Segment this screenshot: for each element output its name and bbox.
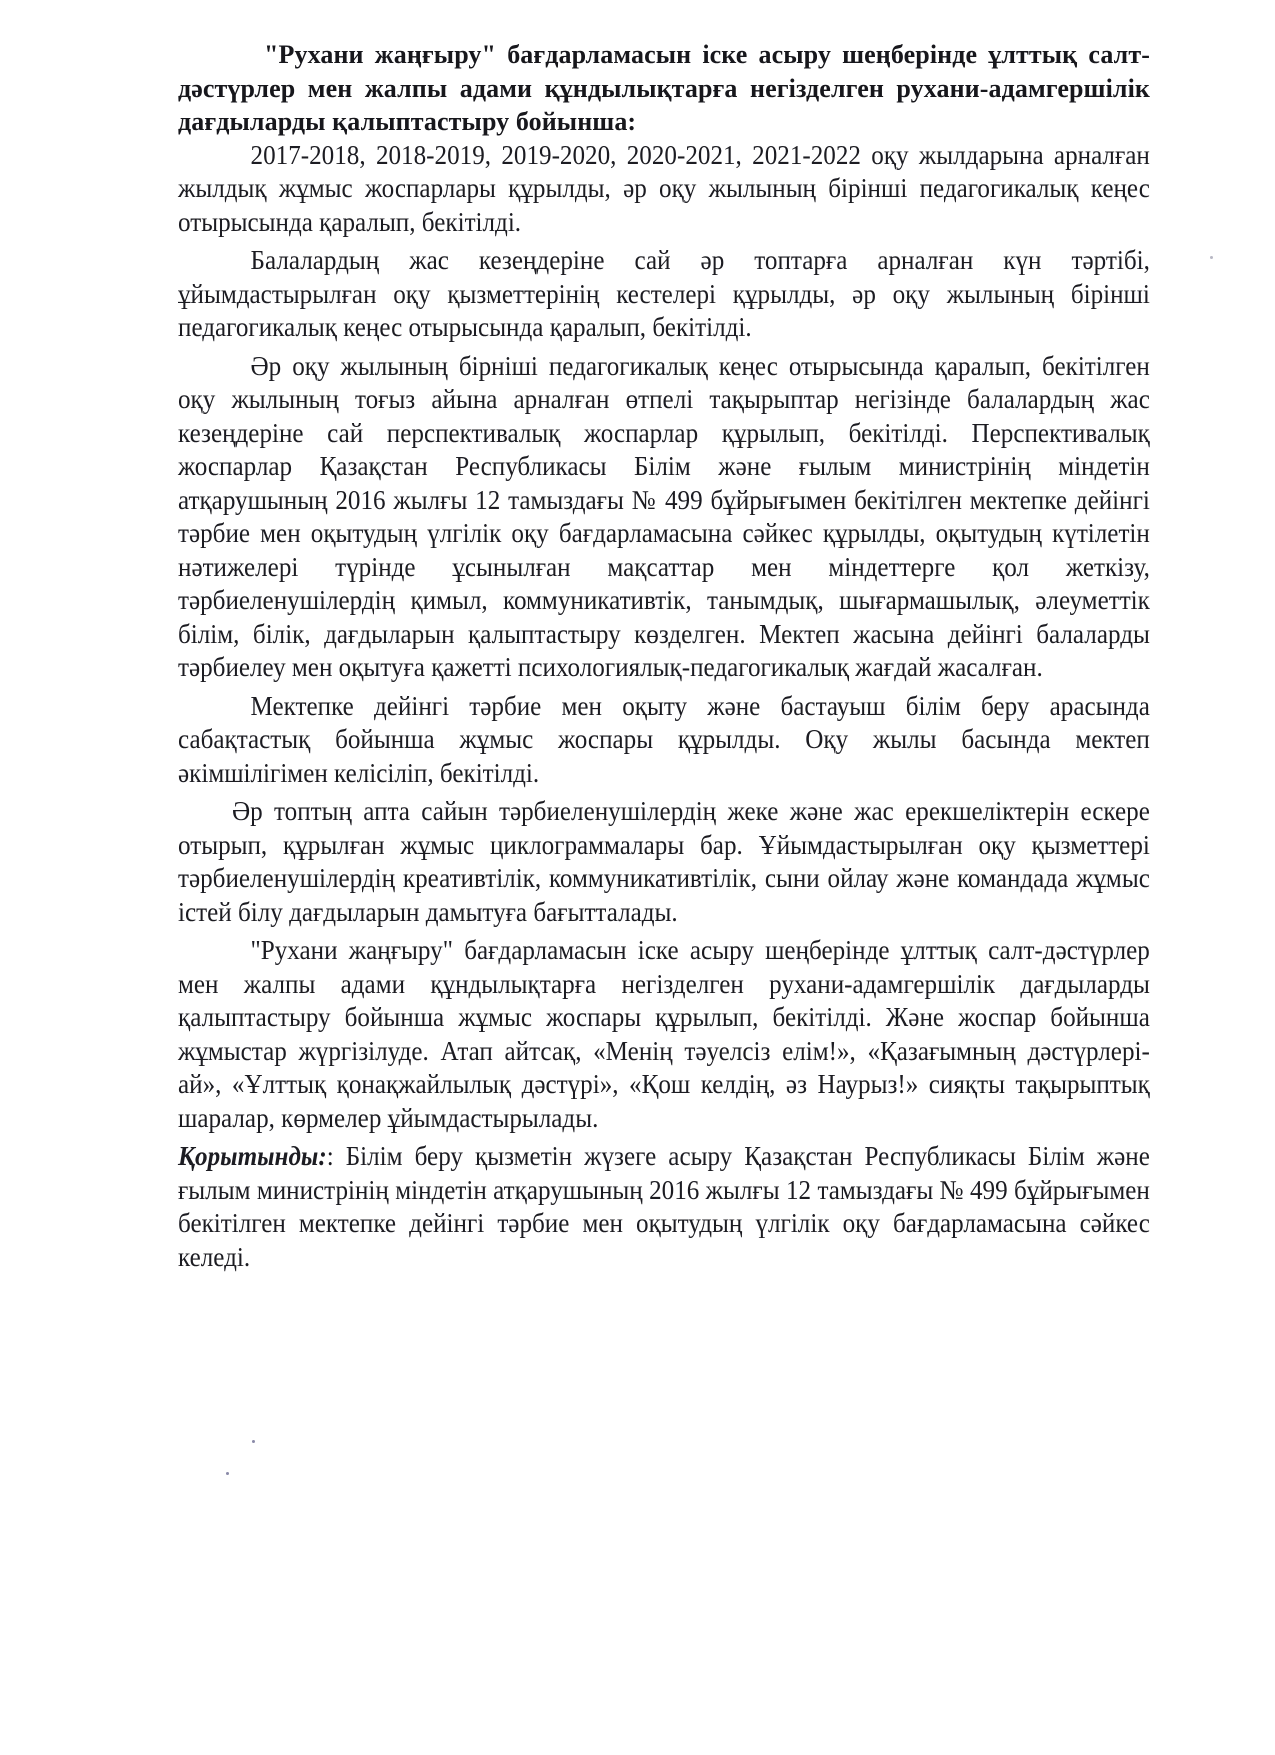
- scan-speck: [226, 1472, 229, 1475]
- conclusion-label: Қорытынды:: [178, 1141, 327, 1171]
- paragraph-rukhani-zhangyru-plan: "Рухани жаңғыру" бағдарламасын іске асыр…: [178, 934, 1150, 1135]
- paragraph-continuity-plan: Мектепке дейінгі тәрбие мен оқыту және б…: [178, 690, 1150, 791]
- scan-speck: [252, 1440, 255, 1443]
- paragraph-daily-schedule: Балалардың жас кезеңдеріне сай әр топтар…: [178, 244, 1150, 345]
- document-page: "Рухани жаңғыру" бағдарламасын іске асыр…: [178, 38, 1150, 1274]
- conclusion-paragraph: Қорытынды:: Білім беру қызметін жүзеге а…: [178, 1140, 1150, 1274]
- paragraph-annual-plans: 2017-2018, 2018-2019, 2019-2020, 2020-20…: [178, 139, 1150, 240]
- paragraph-cyclograms: Әр топтың апта сайын тәрбиеленушілердің …: [178, 795, 1150, 929]
- section-heading: "Рухани жаңғыру" бағдарламасын іске асыр…: [178, 38, 1150, 139]
- paragraph-perspective-plans: Әр оқу жылының бірніші педагогикалық кең…: [178, 350, 1150, 685]
- scan-speck: [1210, 256, 1213, 259]
